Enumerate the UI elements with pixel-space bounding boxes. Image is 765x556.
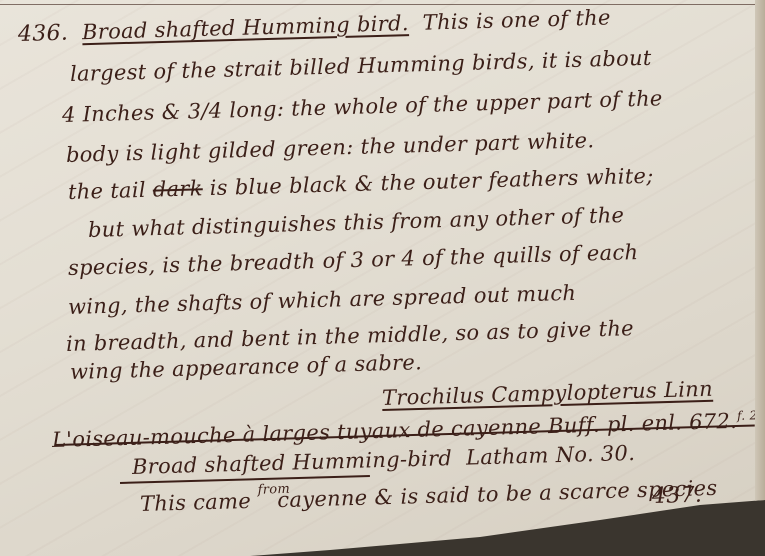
body-line-1: This is one of the — [422, 5, 611, 34]
binomial-name: Trochilus Campylopterus Linn — [382, 377, 714, 410]
buffon-ref: Buff. pl. enl. — [548, 410, 683, 438]
next-entry-number: 437. — [652, 483, 703, 509]
tail-text-cont: is blue black & the outer feathers white… — [209, 164, 654, 200]
body-line: but what distinguishes this from any oth… — [88, 203, 625, 242]
entry-number: 436. — [18, 21, 69, 47]
note-start: This came — [140, 489, 252, 516]
tail-text: the tail — [68, 178, 146, 204]
struck-word: dark — [152, 176, 203, 201]
body-line: wing, the shafts of which are spread out… — [68, 281, 577, 319]
entry-heading-line: 436. Broad shafted Humming bird. This is… — [18, 5, 611, 47]
body-line: wing the appearance of a sabre. — [70, 350, 423, 384]
body-line: body is light gilded green: the under pa… — [66, 128, 595, 167]
entry-title: Broad shafted Humming bird. — [82, 11, 409, 44]
body-line: largest of the strait billed Humming bir… — [70, 46, 652, 86]
inserted-word: from — [257, 482, 290, 498]
body-line: 4 Inches & 3/4 long: the whole of the up… — [62, 86, 663, 127]
body-line-tail: the tail dark is blue black & the outer … — [68, 164, 654, 204]
previous-entry-rule — [0, 4, 765, 5]
note-line: This came from cayenne & is said to be a… — [140, 476, 718, 516]
buffon-plate-number: 672. — [689, 409, 738, 434]
english-name: Broad shafted Humming-bird — [132, 446, 453, 479]
page-edge — [755, 0, 765, 510]
body-line: in breadth, and bent in the middle, so a… — [66, 316, 634, 356]
body-line: species, is the breadth of 3 or 4 of the… — [68, 240, 639, 280]
french-name-line: L'oiseau-mouche à larges tuyaux de cayen… — [52, 408, 758, 452]
manuscript-page: 436. Broad shafted Humming bird. This is… — [0, 0, 765, 556]
latham-ref: Latham No. 30. — [466, 441, 636, 470]
